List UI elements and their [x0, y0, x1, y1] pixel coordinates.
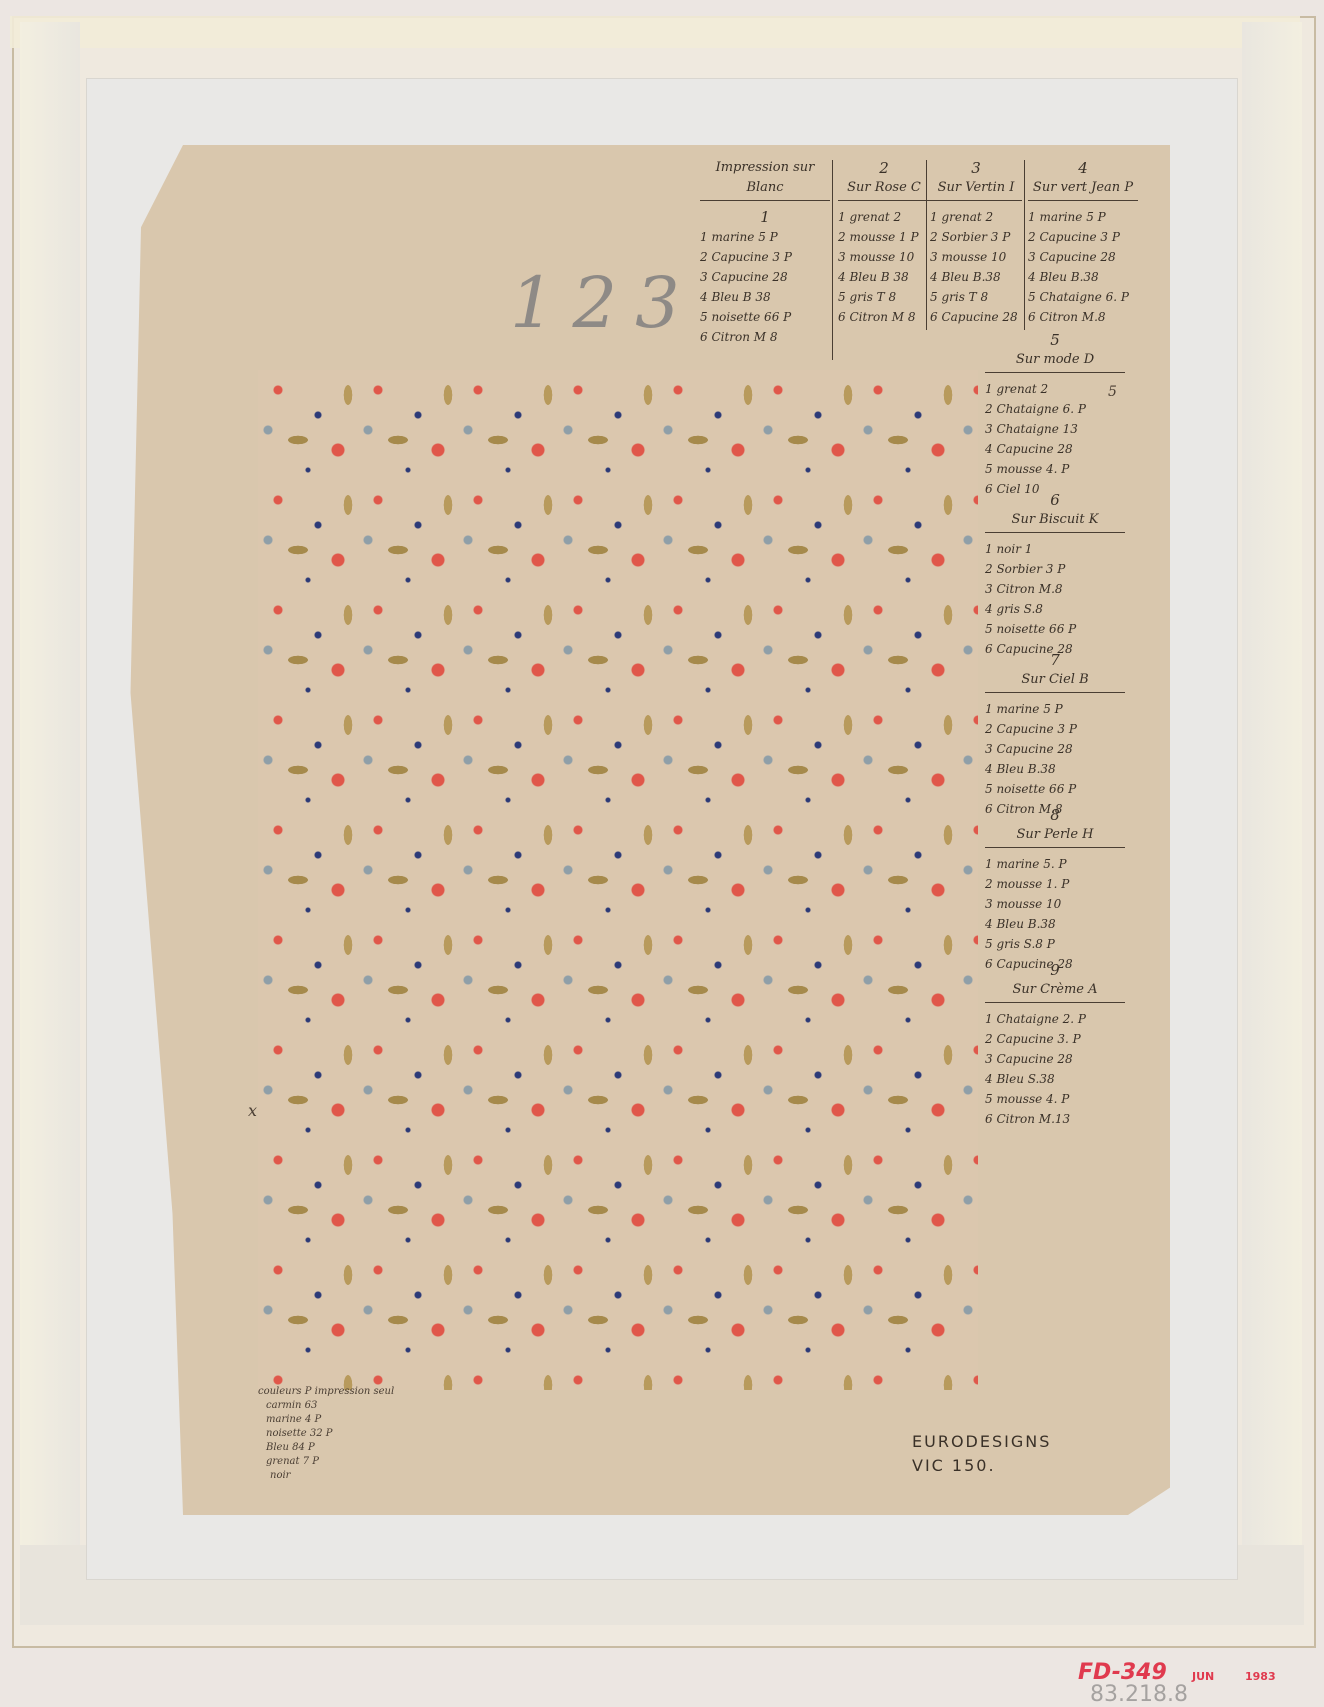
list-item: 6 Citron M.8 — [1028, 307, 1138, 327]
bottom-left-notes: couleurs P impression seul carmin 63 mar… — [258, 1385, 394, 1483]
list-item: 4 Bleu B.38 — [930, 267, 1022, 287]
color-table-2: 2 Sur Rose C 1 grenat 2 2 mousse 1 P 3 m… — [838, 158, 930, 327]
note-line: Bleu 84 P — [258, 1441, 394, 1455]
list-item: 3 Citron M.8 — [985, 579, 1125, 599]
list-item: 6 Capucine 28 — [930, 307, 1022, 327]
list-item: 5 gris T 8 — [838, 287, 930, 307]
tape-left — [20, 22, 80, 1622]
list-item: 4 Capucine 28 — [985, 439, 1125, 459]
sheet-number: 123 — [510, 262, 698, 344]
column-divider — [926, 160, 927, 330]
table-number: 2 — [838, 158, 930, 178]
list-item: 1 Chataigne 2. P — [985, 1009, 1125, 1029]
margin-note: 5 — [1108, 385, 1117, 399]
list-item: 3 mousse 10 — [838, 247, 930, 267]
list-item: 5 gris S.8 P — [985, 934, 1125, 954]
column-divider — [1024, 160, 1025, 330]
color-table-3: 3 Sur Vertin I 1 grenat 2 2 Sorbier 3 P … — [930, 158, 1022, 327]
stamp-month: JUN — [1192, 1670, 1214, 1683]
list-item: 4 gris S.8 — [985, 599, 1125, 619]
color-table-1: Impression sur Blanc 1 1 marine 5 P 2 Ca… — [700, 158, 830, 347]
list-item: 4 Bleu B 38 — [700, 287, 830, 307]
list-item: 4 Bleu B 38 — [838, 267, 930, 287]
color-table-8: 8 Sur Perle H 1 marine 5. P 2 mousse 1. … — [985, 805, 1125, 974]
list-item: 5 gris T 8 — [930, 287, 1022, 307]
table-title: Sur Vertin I — [930, 178, 1022, 201]
table-number: 8 — [985, 805, 1125, 825]
list-item: 4 Bleu B.38 — [985, 759, 1125, 779]
color-table-4: 4 Sur vert Jean P 1 marine 5 P 2 Capucin… — [1028, 158, 1138, 327]
table-title: Sur Crème A — [985, 980, 1125, 1003]
column-divider — [832, 160, 833, 360]
table-items: 1 marine 5 P 2 Capucine 3 P 3 Capucine 2… — [700, 227, 830, 347]
list-item: 1 noir 1 — [985, 539, 1125, 559]
table-title: Sur mode D — [985, 350, 1125, 373]
list-item: 4 Bleu B.38 — [985, 914, 1125, 934]
list-item: 1 marine 5 P — [985, 699, 1125, 719]
note-line: couleurs P impression seul — [258, 1385, 394, 1399]
note-line: grenat 7 P — [258, 1455, 394, 1469]
list-item: 2 Capucine 3 P — [1028, 227, 1138, 247]
table-title: Sur Rose C — [838, 178, 930, 201]
list-item: 6 Citron M 8 — [700, 327, 830, 347]
tape-right — [1242, 22, 1302, 1622]
floral-pattern — [258, 370, 978, 1390]
note-line: carmin 63 — [258, 1399, 394, 1413]
list-item: 3 Capucine 28 — [700, 267, 830, 287]
list-item: 3 Capucine 28 — [985, 739, 1125, 759]
list-item: 5 mousse 4. P — [985, 459, 1125, 479]
list-item: 5 noisette 66 P — [985, 779, 1125, 799]
list-item: 3 mousse 10 — [930, 247, 1022, 267]
list-item: 1 marine 5 P — [700, 227, 830, 247]
list-item: 2 Capucine 3 P — [700, 247, 830, 267]
list-item: 2 Sorbier 3 P — [985, 559, 1125, 579]
color-table-7: 7 Sur Ciel B 1 marine 5 P 2 Capucine 3 P… — [985, 650, 1125, 819]
list-item: 4 Bleu B.38 — [1028, 267, 1138, 287]
table-title: Impression sur Blanc — [700, 158, 830, 201]
note-line: marine 4 P — [258, 1413, 394, 1427]
list-item: 2 mousse 1. P — [985, 874, 1125, 894]
list-item: 1 grenat 2 — [985, 379, 1125, 399]
pencil-mark: x — [248, 1104, 257, 1118]
note-line: noisette 32 P — [258, 1427, 394, 1441]
list-item: 3 Capucine 28 — [1028, 247, 1138, 267]
list-item: 2 mousse 1 P — [838, 227, 930, 247]
list-item: 2 Chataigne 6. P — [985, 399, 1125, 419]
list-item: 5 Chataigne 6. P — [1028, 287, 1138, 307]
maker-code: VIC 150. — [912, 1454, 1051, 1478]
list-item: 3 Capucine 28 — [985, 1049, 1125, 1069]
accession-number: 83.218.8 — [1090, 1682, 1188, 1707]
list-item: 5 noisette 66 P — [700, 307, 830, 327]
table-number: 3 — [930, 158, 1022, 178]
list-item: 5 noisette 66 P — [985, 619, 1125, 639]
table-number: 1 — [700, 207, 830, 227]
color-table-9: 9 Sur Crème A 1 Chataigne 2. P 2 Capucin… — [985, 960, 1125, 1129]
table-number: 9 — [985, 960, 1125, 980]
list-item: 1 marine 5. P — [985, 854, 1125, 874]
table-title: Sur Biscuit K — [985, 510, 1125, 533]
table-number: 7 — [985, 650, 1125, 670]
list-item: 6 Citron M.13 — [985, 1109, 1125, 1129]
list-item: 2 Capucine 3. P — [985, 1029, 1125, 1049]
note-line: noir — [258, 1469, 394, 1483]
list-item: 1 grenat 2 — [838, 207, 930, 227]
maker-label: EURODESIGNS VIC 150. — [912, 1430, 1051, 1478]
table-number: 4 — [1028, 158, 1138, 178]
table-number: 6 — [985, 490, 1125, 510]
list-item: 3 mousse 10 — [985, 894, 1125, 914]
list-item: 1 grenat 2 — [930, 207, 1022, 227]
list-item: 2 Sorbier 3 P — [930, 227, 1022, 247]
maker-name: EURODESIGNS — [912, 1430, 1051, 1454]
list-item: 5 mousse 4. P — [985, 1089, 1125, 1109]
table-number: 5 — [985, 330, 1125, 350]
stamp-year: 1983 — [1245, 1670, 1276, 1683]
table-title: Sur vert Jean P — [1028, 178, 1138, 201]
list-item: 4 Bleu S.38 — [985, 1069, 1125, 1089]
table-title: Sur Perle H — [985, 825, 1125, 848]
list-item: 1 marine 5 P — [1028, 207, 1138, 227]
tape-top — [10, 16, 1300, 48]
list-item: 6 Citron M 8 — [838, 307, 930, 327]
list-item: 2 Capucine 3 P — [985, 719, 1125, 739]
table-title: Sur Ciel B — [985, 670, 1125, 693]
color-table-6: 6 Sur Biscuit K 1 noir 1 2 Sorbier 3 P 3… — [985, 490, 1125, 659]
color-table-5: 5 Sur mode D 1 grenat 2 2 Chataigne 6. P… — [985, 330, 1125, 499]
list-item: 3 Chataigne 13 — [985, 419, 1125, 439]
